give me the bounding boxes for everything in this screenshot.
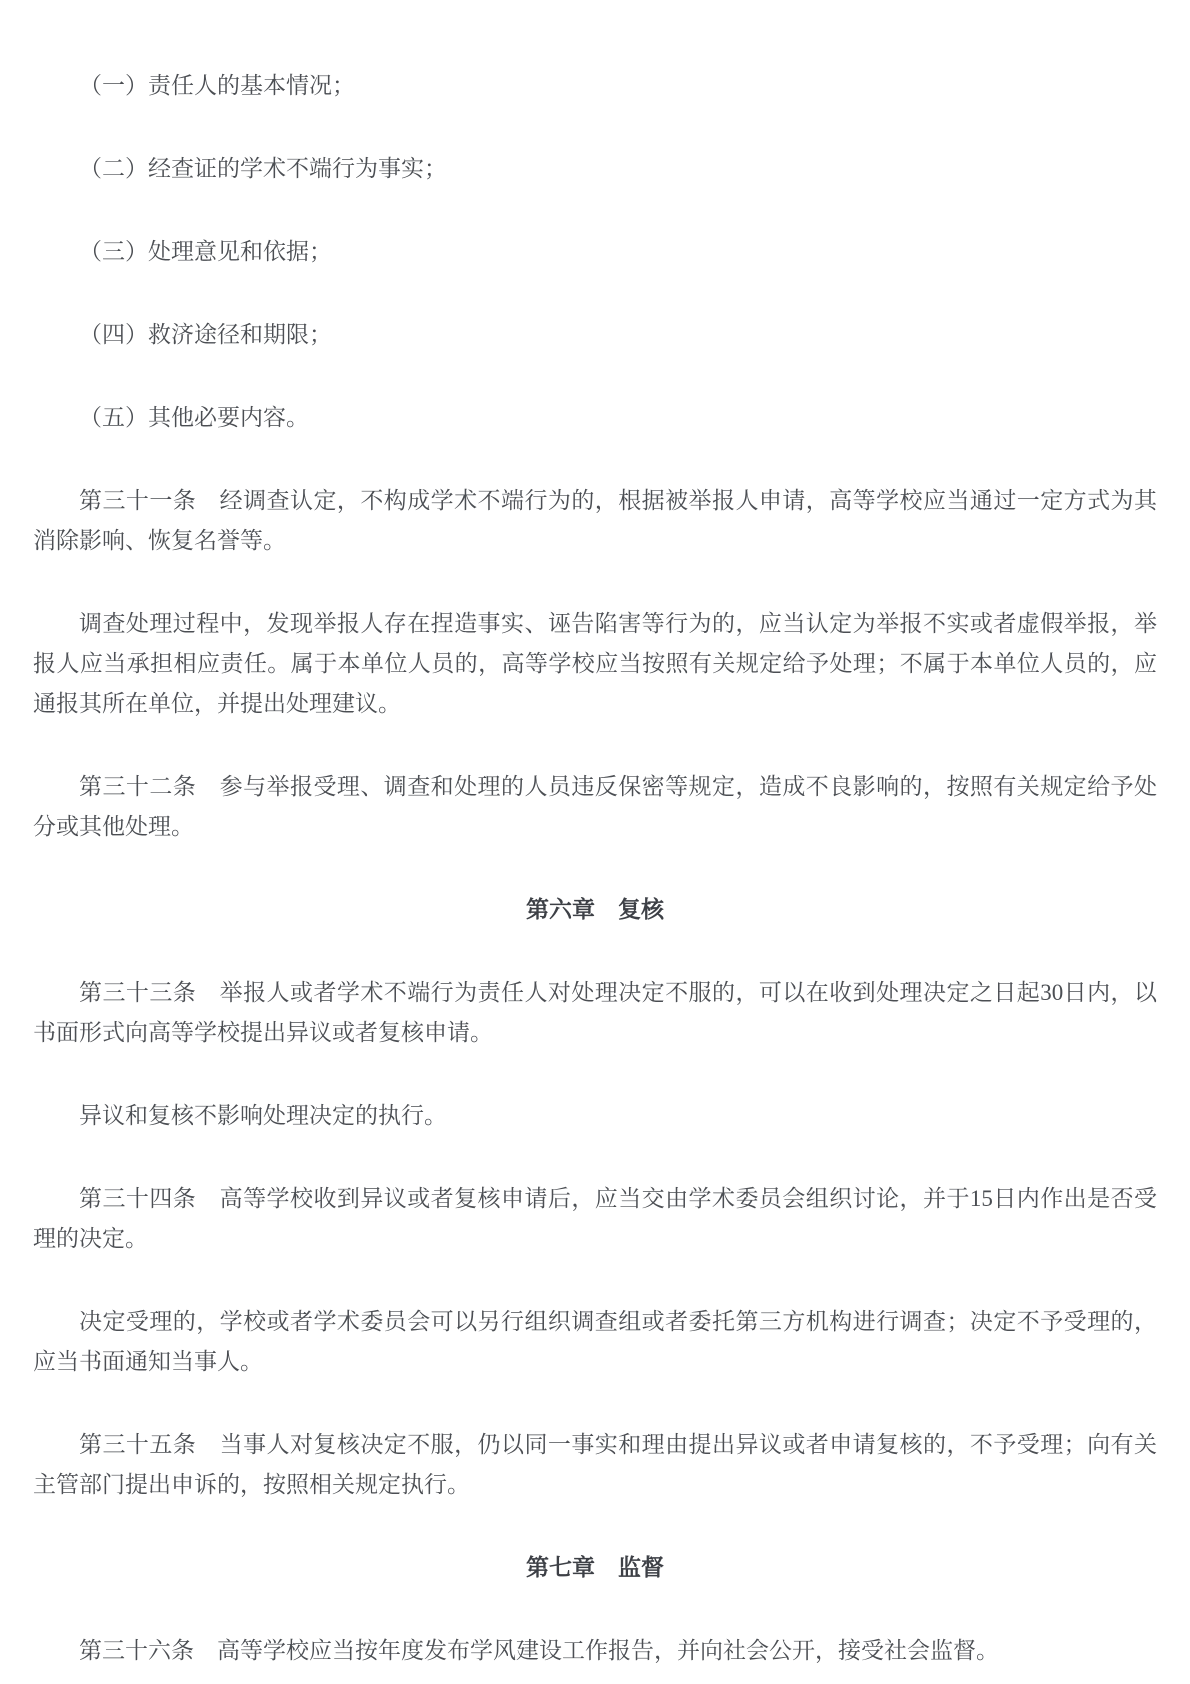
list-item-4: （四）救济途径和期限；	[33, 315, 1157, 355]
chapter-heading-7: 第七章 监督	[33, 1548, 1157, 1588]
list-item-3: （三）处理意见和依据；	[33, 232, 1157, 272]
document-page: （一）责任人的基本情况； （二）经查证的学术不端行为事实； （三）处理意见和依据…	[0, 0, 1190, 1684]
paragraph-article-32: 第三十二条 参与举报受理、调查和处理的人员违反保密等规定，造成不良影响的，按照有…	[33, 767, 1157, 847]
paragraph-article-34: 第三十四条 高等学校收到异议或者复核申请后，应当交由学术委员会组织讨论，并于15…	[33, 1179, 1157, 1259]
paragraph-article-36: 第三十六条 高等学校应当按年度发布学风建设工作报告，并向社会公开，接受社会监督。	[33, 1631, 1157, 1671]
list-item-1: （一）责任人的基本情况；	[33, 66, 1157, 106]
list-item-2: （二）经查证的学术不端行为事实；	[33, 149, 1157, 189]
paragraph-article-34-supplement: 决定受理的，学校或者学术委员会可以另行组织调查组或者委托第三方机构进行调查；决定…	[33, 1302, 1157, 1382]
paragraph-article-33: 第三十三条 举报人或者学术不端行为责任人对处理决定不服的，可以在收到处理决定之日…	[33, 973, 1157, 1053]
paragraph-article-31: 第三十一条 经调查认定，不构成学术不端行为的，根据被举报人申请，高等学校应当通过…	[33, 481, 1157, 561]
chapter-heading-6: 第六章 复核	[33, 890, 1157, 930]
paragraph-article-35: 第三十五条 当事人对复核决定不服，仍以同一事实和理由提出异议或者申请复核的，不予…	[33, 1425, 1157, 1505]
paragraph-article-33-supplement: 异议和复核不影响处理决定的执行。	[33, 1096, 1157, 1136]
paragraph-article-31-supplement: 调查处理过程中，发现举报人存在捏造事实、诬告陷害等行为的，应当认定为举报不实或者…	[33, 604, 1157, 724]
list-item-5: （五）其他必要内容。	[33, 398, 1157, 438]
